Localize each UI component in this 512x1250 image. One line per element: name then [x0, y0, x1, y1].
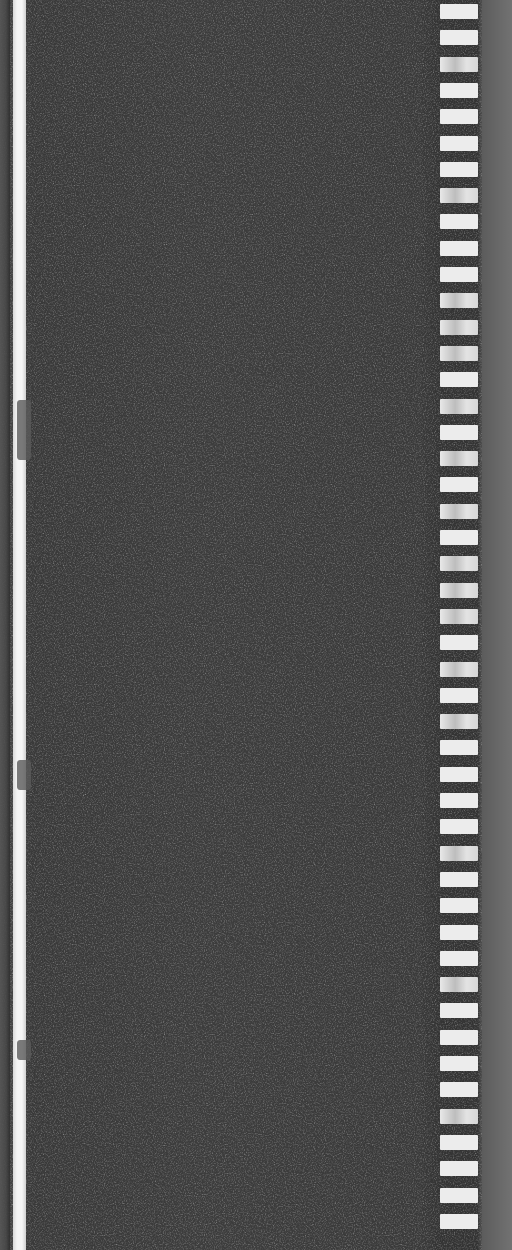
road-aerial-view [0, 0, 512, 1250]
marking-texture [0, 0, 512, 1250]
